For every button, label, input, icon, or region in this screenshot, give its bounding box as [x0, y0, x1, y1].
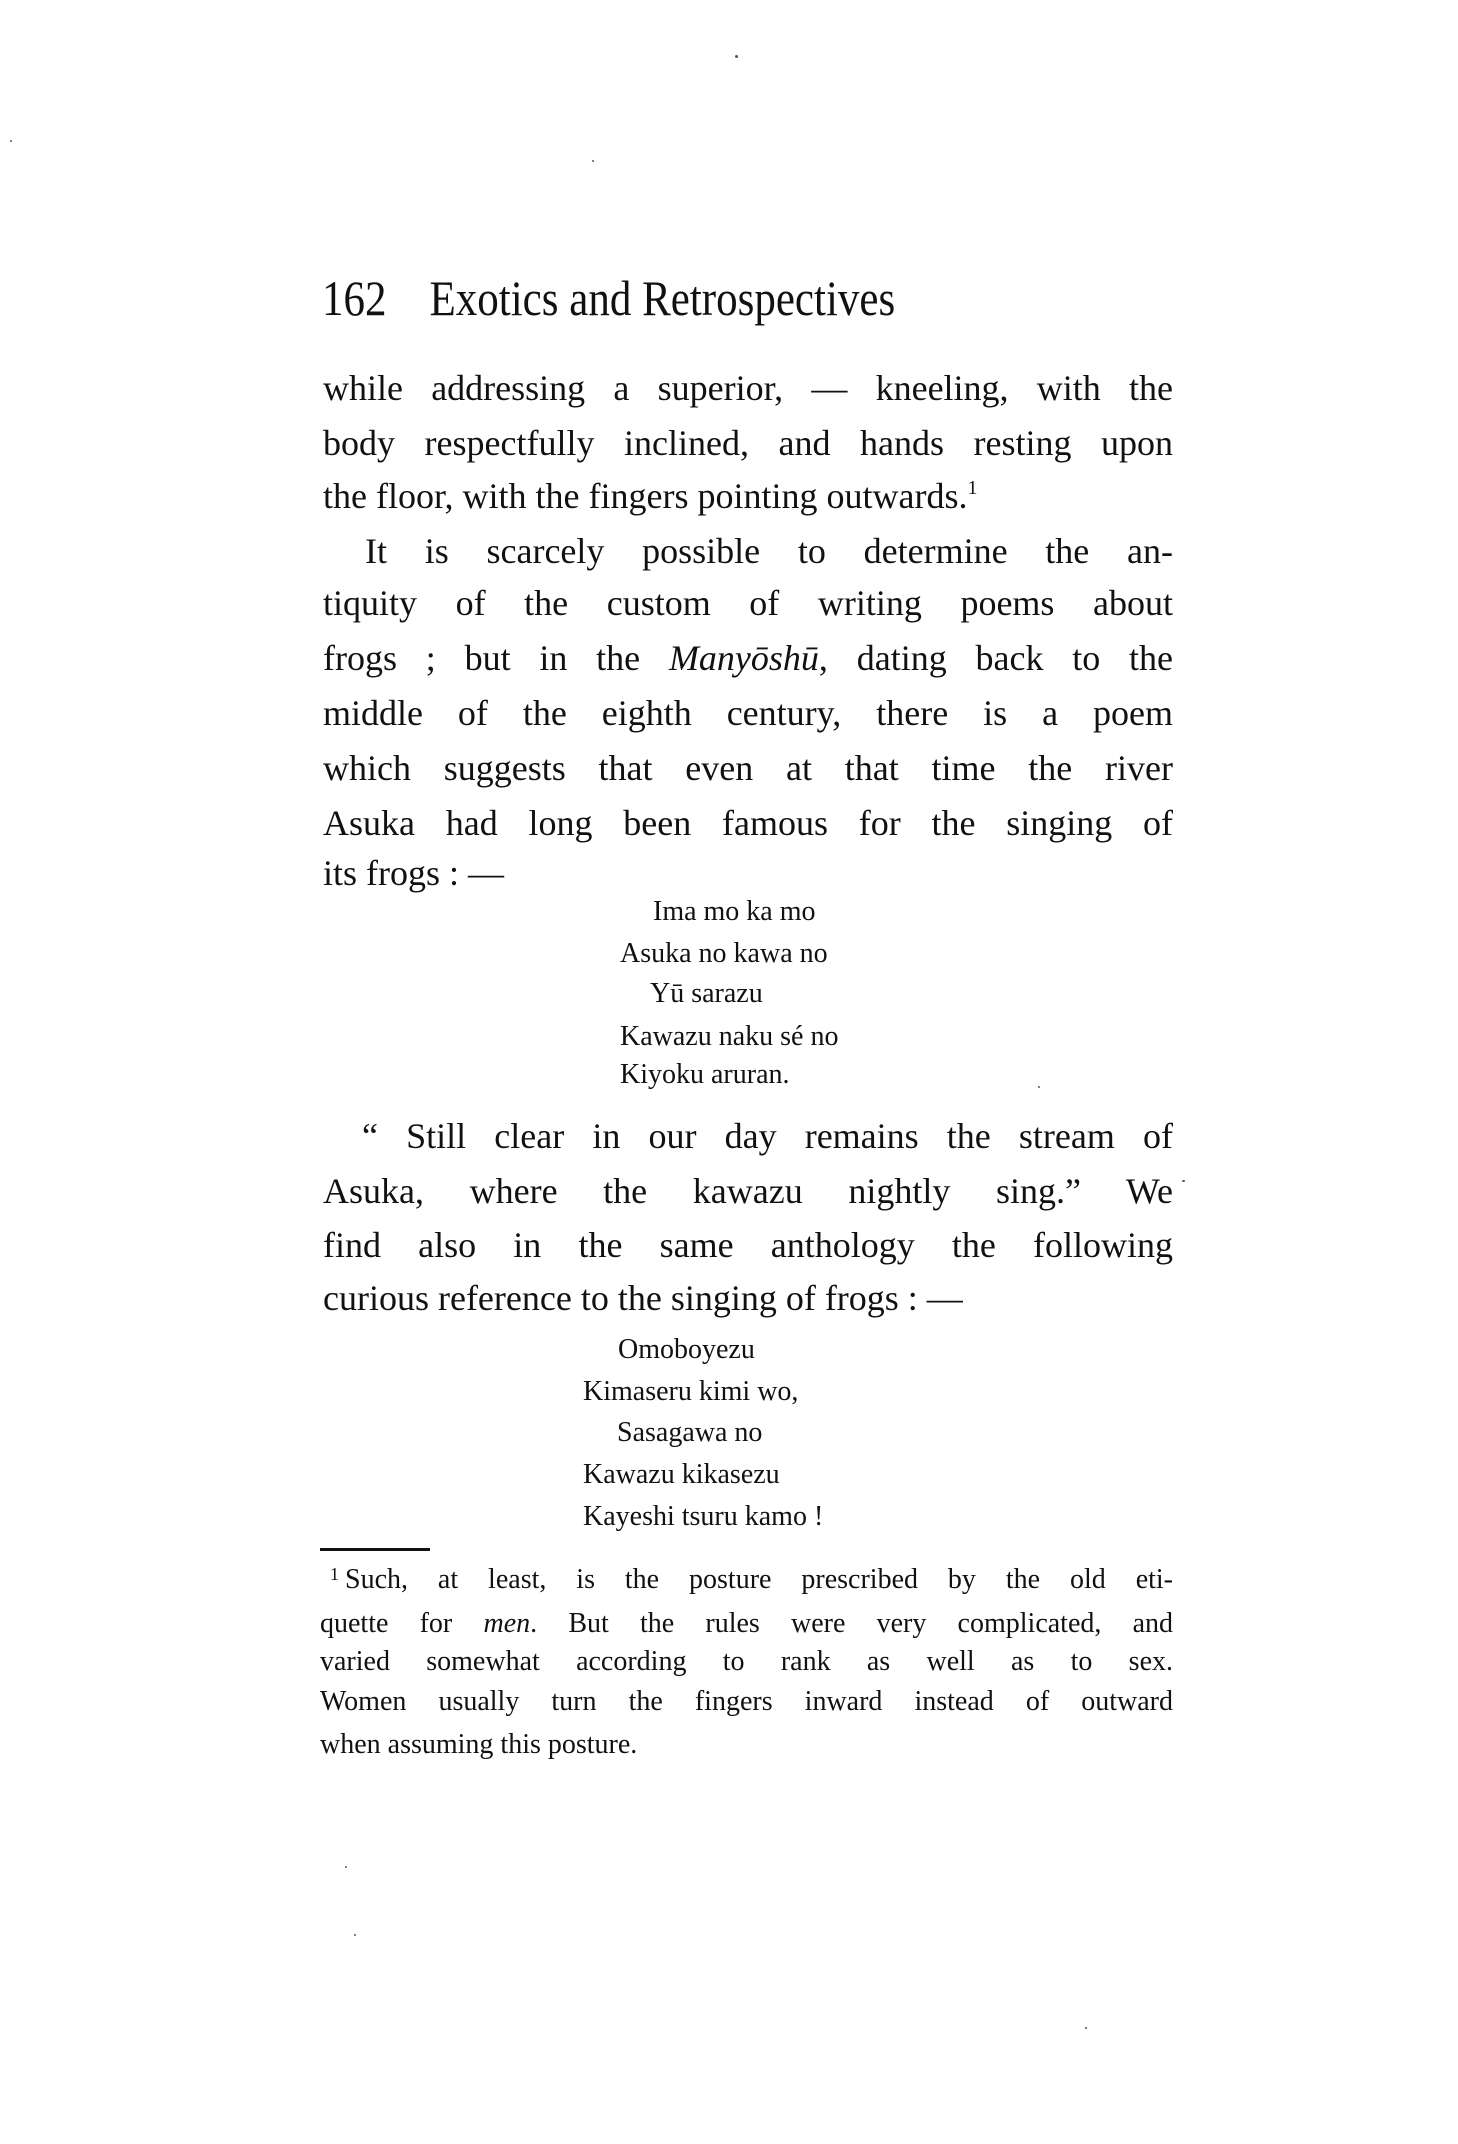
- text-line: “ Still clear in our day remains the str…: [362, 1109, 1173, 1163]
- text-line: Asuka had long been famous for the singi…: [323, 796, 1173, 850]
- footnote-reference[interactable]: 1: [967, 477, 977, 499]
- footnote-line: when assuming this posture.: [320, 1724, 1173, 1765]
- text-line: frogs ; but in the Manyōshū, dating back…: [323, 631, 1173, 685]
- footnote-line: Women usually turn the fingers inward in…: [320, 1681, 1173, 1722]
- poem-line: Omoboyezu: [618, 1329, 755, 1370]
- footnote-marker: 1: [330, 1564, 339, 1584]
- emphasis-men: men: [483, 1608, 530, 1639]
- text-line: body respectfully inclined, and hands re…: [323, 416, 1173, 470]
- scan-speck: [1038, 1086, 1040, 1088]
- footnote-line: varied somewhat according to rank as wel…: [320, 1641, 1173, 1682]
- scan-speck: [735, 55, 738, 58]
- poem-line: Sasagawa no: [617, 1412, 762, 1453]
- poem-line: Kimaseru kimi wo,: [583, 1371, 798, 1412]
- poem-line: Ima mo ka mo: [653, 891, 816, 932]
- text-line: the floor, with the fingers pointing out…: [323, 469, 1173, 523]
- scan-speck: [10, 140, 12, 142]
- scan-speck: [1182, 1180, 1185, 1182]
- book-title-manyoshu: Manyōshū: [669, 638, 819, 678]
- text-line: middle of the eighth century, there is a…: [323, 686, 1173, 740]
- scan-speck: [354, 1934, 356, 1936]
- text-line: It is scarcely possible to determine the…: [365, 524, 1173, 578]
- scan-speck: [592, 160, 594, 162]
- page-number: 162: [322, 268, 387, 328]
- footnote-line: quette for men. But the rules were very …: [320, 1603, 1173, 1644]
- text-line: curious reference to the singing of frog…: [323, 1271, 1113, 1325]
- footnote-divider: [320, 1548, 430, 1551]
- text-line: tiquity of the custom of writing poems a…: [323, 576, 1173, 630]
- running-head: 162Exotics and Retrospectives: [322, 268, 895, 328]
- text-line: Asuka, where the kawazu nightly sing.” W…: [323, 1164, 1173, 1218]
- text-line: while addressing a superior, — kneeling,…: [323, 361, 1173, 415]
- text-line: which suggests that even at that time th…: [323, 741, 1173, 795]
- poem-line: Asuka no kawa no: [620, 933, 828, 974]
- poem-line: Kawazu naku sé no: [620, 1016, 838, 1057]
- scan-speck: [1085, 2027, 1087, 2029]
- scan-speck: [345, 1866, 347, 1868]
- poem-line: Yū sarazu: [650, 973, 763, 1014]
- text-line: find also in the same anthology the foll…: [323, 1218, 1173, 1272]
- poem-line: Kiyoku aruran.: [620, 1054, 790, 1095]
- poem-line: Kayeshi tsuru kamo !: [583, 1496, 823, 1537]
- book-page: 162Exotics and Retrospectives while addr…: [0, 0, 1458, 2144]
- poem-line: Kawazu kikasezu: [583, 1454, 780, 1495]
- running-title: Exotics and Retrospectives: [430, 270, 896, 326]
- footnote-line: 1Such, at least, is the posture prescrib…: [330, 1559, 1173, 1600]
